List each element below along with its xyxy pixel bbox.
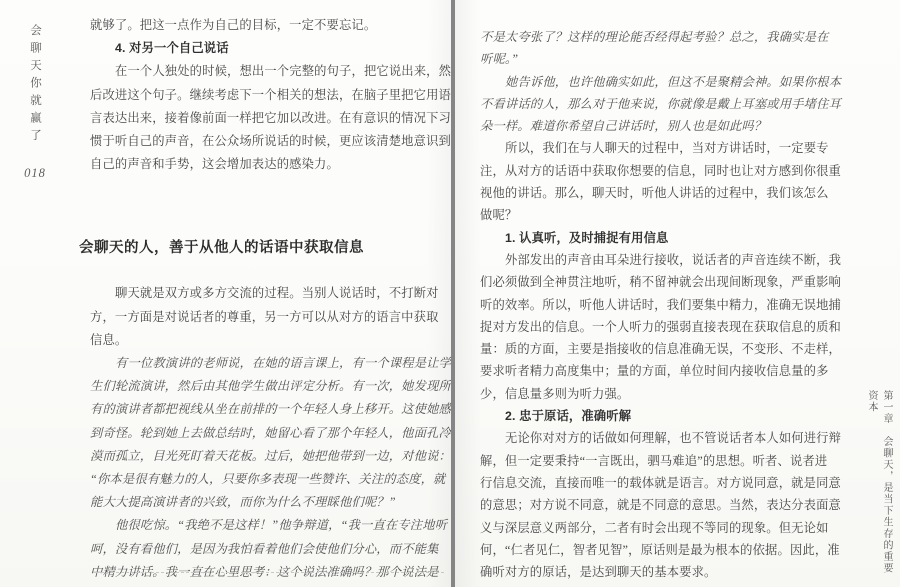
- text-line: 做呢？: [480, 204, 846, 226]
- section-heading: 会聊天的人，善于从他人的话语中获取信息: [79, 236, 448, 260]
- text-line: 义与深层意义两部分，二者有时会出现不等同的现象。但无论如: [480, 517, 846, 539]
- text-line: 少，信息量多则为听力强。: [480, 383, 846, 405]
- text-line: 要求听者精力高度集中；量的方面，单位时间内接收信息量的多: [480, 360, 846, 382]
- left-page: 就够了。把这一点作为自己的目标，一定不要忘记。4. 对另一个自己说话在一个人独处…: [90, 14, 448, 584]
- text-line: 视他的讲话。那么，聊天时，听他人讲话的过程中，我们该怎么: [480, 182, 846, 204]
- right-page-paragraphs: 不是太夸张了？这样的理论能否经得起考验？总之，我确实是在听呢。”她告诉他，也许他…: [480, 26, 846, 583]
- left-page-top-paragraphs: 就够了。把这一点作为自己的目标，一定不要忘记。4. 对另一个自己说话在一个人独处…: [90, 14, 448, 176]
- text-line: 4. 对另一个自己说话: [90, 37, 448, 60]
- text-line: 言表达出来，接着像前面一样把它加以改进。在有意识的情况下习: [90, 107, 448, 130]
- text-line: 捉对方发出的信息。一个人听力的强弱直接表现在获取信息的质和: [480, 316, 846, 338]
- text-line: 不是太夸张了？这样的理论能否经得起考验？总之，我确实是在: [480, 26, 846, 48]
- text-line: 后改进这个句子。继续考虑下一个相关的想法，在脑子里把它用语: [90, 84, 448, 107]
- book-scan: 会聊天你就赢了 018 就够了。把这一点作为自己的目标，一定不要忘记。4. 对另…: [0, 0, 900, 587]
- text-line: 们必须做到全神贯注地听，稍不留神就会出现间断现象，严重影响: [480, 271, 846, 293]
- text-line: 呵，没有看他们，是因为我怕看着他们会使他们分心，而不能集: [90, 538, 448, 561]
- text-line: 到奇怪。轮到她上去做总结时，她留心看了那个年轻人，他面孔冷: [90, 422, 448, 445]
- text-line: 何，“仁者见仁，智者见智”，原话则是最为根本的依据。因此，准: [480, 539, 846, 561]
- text-line: 有一位教演讲的老师说，在她的语言课上，有一个课程是让学: [90, 352, 448, 375]
- left-page-bottom-paragraphs: 聊天就是双方或多方交流的过程。当别人说话时，不打断对方，一方面是对说话者的尊重，…: [90, 282, 448, 584]
- text-line: 方，一方面是对说话者的尊重，另一方可以从对方的语言中获取: [90, 306, 448, 329]
- text-line: 所以，我们在与人聊天的过程中，当对方讲话时，一定要专: [480, 137, 846, 159]
- text-line: 她告诉他，也许他确实如此，但这不是聚精会神。如果你根本: [480, 71, 846, 93]
- text-line: 就够了。把这一点作为自己的目标，一定不要忘记。: [90, 14, 448, 37]
- text-line: 听的效率。所以，听他人讲话时，我们要集中精力，准确无误地捕: [480, 294, 846, 316]
- text-line: 不看讲话的人，那么对于他来说，你就像是戴上耳塞或用手堵住耳: [480, 93, 846, 115]
- left-margin: 会聊天你就赢了 018: [18, 10, 52, 181]
- text-line: 聊天就是双方或多方交流的过程。当别人说话时，不打断对: [90, 282, 448, 305]
- page-gutter-divider: [451, 0, 455, 587]
- page-edge-dashed-line: [96, 572, 444, 573]
- text-line: 2. 忠于原话，准确听解: [480, 405, 846, 427]
- text-line: 能大大提高演讲者的兴致，而你为什么不理睬他们呢？”: [90, 491, 448, 514]
- text-line: 生们轮流演讲，然后由其他学生做出评定分析。有一次，她发现所: [90, 375, 448, 398]
- text-line: 外部发出的声音由耳朵进行接收，说话者的声音连续不断，我: [480, 249, 846, 271]
- text-line: 确听对方的原话，是达到聊天的基本要求。: [480, 561, 846, 583]
- right-margin: 第一章 会聊天，是当下生存的重要资本: [864, 390, 886, 585]
- text-line: 注，从对方的话语中获取你想要的信息，同时也让对方感到你很重: [480, 160, 846, 182]
- text-line: 惯于听自己的声音，在公众场所说话的时候，更应该清楚地意识到: [90, 130, 448, 153]
- chapter-title-vertical: 第一章 会聊天，是当下生存的重要资本: [864, 390, 894, 585]
- page-number: 018: [18, 166, 52, 181]
- text-line: 的意思；对方说不同意，就是不同意的意思。当然，表达分表面意: [480, 494, 846, 516]
- text-line: 有的演讲者都把视线从坐在前排的一个年轻人身上移开。这使她感: [90, 398, 448, 421]
- text-line: 漠而孤立，目光死盯着天花板。过后，她把他带到一边，对他说：: [90, 445, 448, 468]
- text-line: “你本是很有魅力的人，只要你多表现一些赞许、关注的态度，就: [90, 468, 448, 491]
- text-line: 朵一样。难道你希望自己讲话时，别人也是如此吗？: [480, 115, 846, 137]
- text-line: 行信息交流，直接而唯一的载体就是语言。对方说同意，就是同意: [480, 472, 846, 494]
- text-line: 在一个人独处的时候，想出一个完整的句子，把它说出来，然: [90, 60, 448, 83]
- text-line: 听呢。”: [480, 48, 846, 70]
- right-page: 不是太夸张了？这样的理论能否经得起考验？总之，我确实是在听呢。”她告诉他，也许他…: [480, 26, 846, 583]
- text-line: 1. 认真听，及时捕捉有用信息: [480, 227, 846, 249]
- text-line: 他很吃惊。“我绝不是这样！”他争辩道，“我一直在专注地听: [90, 514, 448, 537]
- text-line: 解，但一定要秉持“一言既出，驷马难追”的思想。听者、说者进: [480, 450, 846, 472]
- text-line: 量：质的方面，主要是指接收的信息准确无误，不变形、不走样，: [480, 338, 846, 360]
- book-title-vertical: 会聊天你就赢了: [27, 10, 43, 160]
- text-line: 无论你对对方的话做如何理解，也不管说话者本人如何进行辩: [480, 427, 846, 449]
- text-line: 信息。: [90, 329, 448, 352]
- text-line: 自己的声音和手势，这会增加表达的感染力。: [90, 153, 448, 176]
- gutter-shadow-right: [455, 0, 481, 587]
